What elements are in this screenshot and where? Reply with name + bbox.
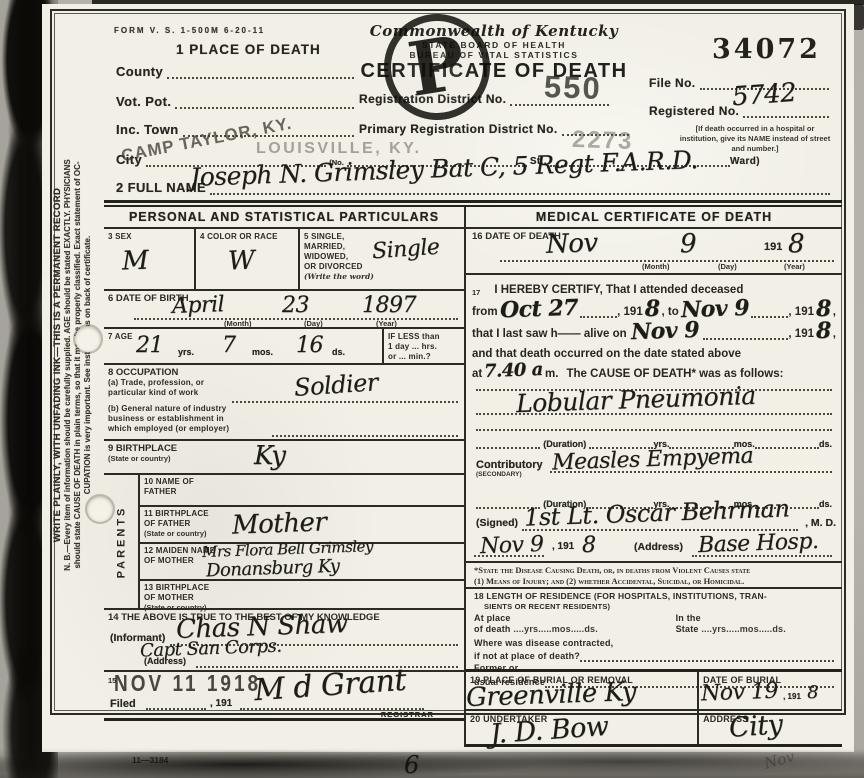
at-place-line-2: of death ....yrs.....mos.....ds.	[474, 624, 676, 635]
father-name-label-1: 10 NAME OF	[144, 477, 460, 487]
certificate-header: FORM V. S. 1-500M 6-20-11 1 PLACE OF DEA…	[104, 12, 842, 200]
residence-duration-line: At place of death ....yrs.....mos.....ds…	[474, 613, 834, 636]
signed-address-value: Base Hosp.	[698, 529, 819, 558]
dotted-line	[146, 708, 206, 710]
occupation-value: Soldier	[293, 368, 379, 402]
margin-nb-line-2: should state CAUSE OF DEATH in plain ter…	[73, 20, 83, 710]
age-years-value: 21	[136, 333, 163, 358]
dotted-line	[476, 435, 540, 449]
death-month-value: Nov	[545, 228, 598, 260]
signed-label: (Signed)	[476, 517, 518, 529]
mother-bp-label-2: OF MOTHER	[144, 593, 460, 603]
primary-district-label: Primary Registration District No.	[359, 122, 558, 136]
time-of-death-value: 7.40 a	[484, 361, 543, 381]
at-place-block: At place of death ....yrs.....mos.....ds…	[474, 613, 676, 636]
death-day-value: 9	[680, 229, 696, 259]
dotted-line	[580, 649, 834, 663]
if-less-line-1: IF LESS than	[388, 332, 460, 342]
at-label: at	[472, 369, 482, 381]
signed-address-label: (Address)	[634, 541, 683, 553]
death-year-sublabel: (Year)	[784, 262, 805, 271]
signed-date-address-row: Nov 9 , 191 8 (Address) Base Hosp.	[466, 535, 842, 561]
md-label: , M. D.	[805, 517, 836, 529]
informant-address-label: (Address)	[144, 656, 186, 666]
scanned-death-certificate: WRITE PLAINLY, WITH UNFADING INK—THIS IS…	[0, 0, 864, 778]
registrar-signature: M d Grant	[253, 663, 407, 709]
parents-rows: 10 NAME OF FATHER 11 BIRTHPLACE OF FATHE…	[140, 475, 464, 608]
place-of-death-title: 1 PLACE OF DEATH	[176, 42, 321, 57]
certify-line-1: 17 I HEREBY CERTIFY, That I attended dec…	[466, 278, 842, 296]
duration-ds-1: ds.	[819, 439, 832, 449]
certify-year-printed-1: , 191	[617, 307, 643, 319]
attended-from-year: 8	[645, 298, 660, 320]
occupation-b1: (b) General nature of industry	[108, 404, 460, 414]
county-row: County	[116, 64, 354, 79]
death-year-printed: 191	[764, 241, 782, 253]
certify-comma: ,	[833, 307, 836, 319]
certificate-columns: PERSONAL AND STATISTICAL PARTICULARS 3 S…	[104, 207, 842, 747]
in-state-units: ....yrs.....mos.....ds.	[701, 624, 786, 634]
duration-ds-2: ds.	[819, 499, 832, 509]
age-days-label: ds.	[332, 347, 345, 357]
section-divider	[104, 200, 842, 207]
last-saw-value: Nov 9	[630, 319, 699, 343]
sex-race-marital-row: 3 SEX M 4 COLOR OR RACE W 5 SINGLE, MARR…	[104, 227, 464, 289]
mother-maiden-row: 12 MAIDEN NAME OF MOTHER Mrs Flora Bell …	[140, 542, 464, 579]
dotted-line	[272, 435, 458, 437]
undertaker-cell: 20 UNDERTAKER J. D. Bow	[466, 711, 699, 744]
birthplace-row: 9 BIRTHPLACE (State or country) Ky	[104, 439, 464, 473]
dotted-line	[232, 401, 458, 403]
certify-to-label: , to	[662, 307, 679, 319]
dotted-line	[474, 555, 544, 557]
occupation-b3: which employed (or employer)	[108, 424, 460, 434]
vot-pot-row: Vot. Pot.	[116, 94, 354, 109]
registered-no-label: Registered No.	[649, 104, 739, 118]
death-date-row: 16 DATE OF DEATH Nov 9 191 8 (Month) (Da…	[466, 227, 842, 273]
attended-from-value: Oct 27	[499, 297, 578, 322]
mother-maiden-value-2: Donansburg Ky	[206, 556, 340, 582]
residence-label-1: 18 LENGTH OF RESIDENCE (FOR HOSPITALS, I…	[474, 591, 834, 602]
informant-section: 14 THE ABOVE IS TRUE TO THE BEST OF MY K…	[104, 608, 464, 670]
dotted-line	[476, 429, 832, 431]
birth-date-row: 6 DATE OF BIRTH April 23 1897 (Month) (D…	[104, 289, 464, 327]
sex-cell: 3 SEX M	[104, 229, 196, 289]
certificate-content: FORM V. S. 1-500M 6-20-11 1 PLACE OF DEA…	[104, 12, 842, 778]
inc-town-label: Inc. Town	[116, 122, 179, 137]
certify-item-number: 17	[472, 289, 480, 297]
signed-year-printed: , 191	[552, 541, 574, 552]
certify-line-2: from Oct 27 , 191 8 , to Nov 9 , 191 8 ,	[466, 296, 842, 318]
scan-bottom-shadow	[0, 748, 864, 778]
occupation-label: 8 OCCUPATION	[108, 367, 460, 378]
burial-row: 19 PLACE OF BURIAL OR REMOVAL Greenville…	[466, 669, 842, 709]
dotted-line	[167, 65, 354, 79]
residence-label-2: SIENTS OR RECENT RESIDENTS)	[484, 602, 834, 611]
father-bp-value: Mother	[232, 507, 327, 540]
cause-of-death-area: Lobular Pneumonia	[466, 381, 842, 435]
occupation-row: 8 OCCUPATION (a) Trade, profession, or p…	[104, 363, 464, 439]
in-state-block: In the State ....yrs.....mos.....ds.	[676, 613, 834, 636]
dotted-line	[550, 471, 832, 473]
dotted-line	[755, 435, 819, 449]
contracted-line-1: Where was disease contracted,	[474, 638, 834, 649]
race-label: 4 COLOR OR RACE	[200, 232, 294, 242]
filed-date-stamp: NOV 11 1918	[114, 672, 261, 698]
duration-label-1: (Duration)	[543, 439, 586, 449]
mother-birthplace-row: 13 BIRTHPLACE OF MOTHER (State or countr…	[140, 579, 464, 610]
contributory-row: Contributory (SECONDARY) Measles Empyema	[466, 449, 842, 483]
burial-date-value: Nov 19	[701, 679, 779, 707]
p-stamp-letter: P	[403, 20, 471, 114]
birthplace-value: Ky	[254, 441, 285, 471]
in-state-line-2: State ....yrs.....mos.....ds.	[676, 624, 834, 635]
margin-nb-line-1: N. B.—Every item of information should b…	[63, 20, 73, 710]
dotted-line	[703, 330, 789, 340]
personal-title: PERSONAL AND STATISTICAL PARTICULARS	[104, 207, 464, 227]
dotted-line	[476, 413, 832, 415]
footnote-line-2: (1) Means of Injury; and (2) whether Acc…	[474, 576, 834, 587]
father-name-row: 10 NAME OF FATHER	[140, 475, 464, 505]
parents-label-text: PARENTS	[115, 505, 127, 578]
attended-to-year: 8	[816, 298, 831, 320]
death-day-sublabel: (Day)	[718, 262, 737, 271]
cause-of-death-heading: The CAUSE OF DEATH* was as follows:	[566, 369, 783, 381]
father-name-label-2: FATHER	[144, 487, 460, 497]
certify-from-label: from	[472, 307, 498, 319]
filed-section: 15 NOV 11 1918 Filed , 191 M d Grant REG…	[104, 670, 464, 721]
at-place-label: of death	[474, 624, 511, 634]
undertaker-address-cell: ADDRESS City	[699, 711, 842, 744]
dotted-line	[175, 95, 354, 109]
footnote-line-1: *State the Disease Causing Death, or, in…	[474, 565, 834, 576]
burial-place-value: Greenville Ky	[466, 677, 637, 713]
age-months-value: 7	[222, 333, 236, 358]
birth-year-value: 1897	[362, 293, 416, 318]
birth-day-value: 23	[282, 293, 309, 318]
father-birthplace-row: 11 BIRTHPLACE OF FATHER (State or countr…	[140, 505, 464, 542]
dotted-line	[751, 308, 789, 318]
last-saw-year: 8	[816, 320, 831, 342]
burial-year-printed: , 191	[783, 692, 801, 701]
at-place-line-1: At place	[474, 613, 676, 624]
in-state-line-1: In the	[676, 613, 834, 624]
age-years-label: yrs.	[178, 347, 194, 357]
city-ward-label: Ward)	[730, 156, 760, 167]
certify-line-5: at 7.40 a m. The CAUSE OF DEATH* was as …	[466, 360, 842, 380]
if-less-line-2: 1 day ... hrs.	[388, 342, 460, 352]
birth-month-value: April	[172, 292, 225, 319]
death-month-sublabel: (Month)	[642, 262, 669, 271]
last-saw-label: that I last saw h—— alive on	[472, 329, 627, 341]
filed-label: Filed	[110, 698, 136, 710]
medical-column: MEDICAL CERTIFICATE OF DEATH 16 DATE OF …	[464, 207, 842, 747]
margin-warning-line: WRITE PLAINLY, WITH UNFADING INK—THIS IS…	[52, 20, 63, 710]
marital-cell: 5 SINGLE, MARRIED, WIDOWED, OR DIVORCED …	[300, 229, 464, 289]
undertaker-address-value: City	[728, 709, 783, 744]
occupation-a2: particular kind of work	[108, 388, 460, 398]
margin-nb-line-3: CUPATION is very important. See instruct…	[83, 20, 93, 710]
sex-value: M	[121, 246, 148, 277]
serial-number: 34072	[712, 34, 821, 65]
filed-year-printed: , 191	[210, 698, 232, 709]
age-row: 7 AGE 21 yrs. 7 mos. 16 ds. IF LESS than…	[104, 327, 464, 363]
residence-section: 18 LENGTH OF RESIDENCE (FOR HOSPITALS, I…	[466, 587, 842, 669]
marital-value: Single	[371, 235, 440, 265]
district-number-stamp: 550	[543, 69, 602, 107]
punch-hole	[75, 326, 101, 352]
death-year-hw: 8	[788, 229, 804, 259]
race-value: W	[227, 246, 254, 277]
burial-date-cell: DATE OF BURIAL Nov 19 , 191 8	[699, 672, 842, 709]
medical-title: MEDICAL CERTIFICATE OF DEATH	[466, 207, 842, 227]
parents-vertical-label: PARENTS	[104, 475, 140, 608]
dotted-line	[580, 308, 618, 318]
dotted-line	[692, 555, 832, 557]
county-label: County	[116, 64, 163, 79]
signed-year-hw: 8	[582, 533, 596, 558]
age-days-value: 16	[296, 333, 323, 358]
at-place-units: ....yrs.....mos.....ds.	[513, 624, 598, 634]
contracted-line-2: if not at place of death?	[474, 649, 834, 663]
m-label: m.	[545, 369, 558, 381]
sex-label: 3 SEX	[108, 232, 190, 242]
burial-place-cell: 19 PLACE OF BURIAL OR REMOVAL Greenville…	[466, 672, 699, 709]
race-cell: 4 COLOR OR RACE W	[196, 229, 300, 289]
age-cell: 7 AGE 21 yrs. 7 mos. 16 ds.	[104, 329, 384, 363]
in-state-label: State	[676, 624, 699, 634]
form-code: FORM V. S. 1-500M 6-20-11	[114, 26, 265, 35]
if-less-cell: IF LESS than 1 day ... hrs. or ... min.?	[384, 329, 464, 363]
occupation-b2: business or establishment in	[108, 414, 460, 424]
marital-hint: (Write the word)	[304, 272, 460, 281]
certify-section: 17 I HEREBY CERTIFY, That I attended dec…	[466, 273, 842, 381]
parents-section: PARENTS 10 NAME OF FATHER 11 BIRTHPLACE …	[104, 473, 464, 608]
hospital-note: [If death occurred in a hospital or inst…	[676, 124, 834, 153]
burial-year-hw: 8	[807, 682, 818, 703]
dotted-line	[134, 318, 458, 320]
certificate-paper: WRITE PLAINLY, WITH UNFADING INK—THIS IS…	[42, 4, 854, 752]
registrar-label: REGISTRAR	[381, 710, 434, 719]
file-no-label: File No.	[649, 76, 696, 90]
certify-comma-2: ,	[833, 329, 836, 341]
certify-year-printed-3: , 191	[788, 329, 814, 341]
margin-instructions: WRITE PLAINLY, WITH UNFADING INK—THIS IS…	[52, 20, 100, 710]
death-occurred-statement: and that death occurred on the date stat…	[472, 349, 741, 361]
personal-column: PERSONAL AND STATISTICAL PARTICULARS 3 S…	[104, 207, 464, 747]
occupation-a1: (a) Trade, profession, or	[108, 378, 460, 388]
vot-pot-label: Vot. Pot.	[116, 94, 171, 109]
undertaker-row: 20 UNDERTAKER J. D. Bow ADDRESS City	[466, 709, 842, 747]
certify-year-printed-2: , 191	[788, 307, 814, 319]
footnote-section: *State the Disease Causing Death, or, in…	[466, 561, 842, 587]
registered-no-value: 5742	[731, 78, 797, 112]
mother-bp-label-1: 13 BIRTHPLACE	[144, 583, 460, 593]
if-less-line-3: or ... min.?	[388, 352, 460, 362]
age-months-label: mos.	[252, 347, 273, 357]
certify-statement: I HEREBY CERTIFY, That I attended deceas…	[494, 285, 743, 297]
contracted-question: if not at place of death?	[474, 651, 580, 662]
